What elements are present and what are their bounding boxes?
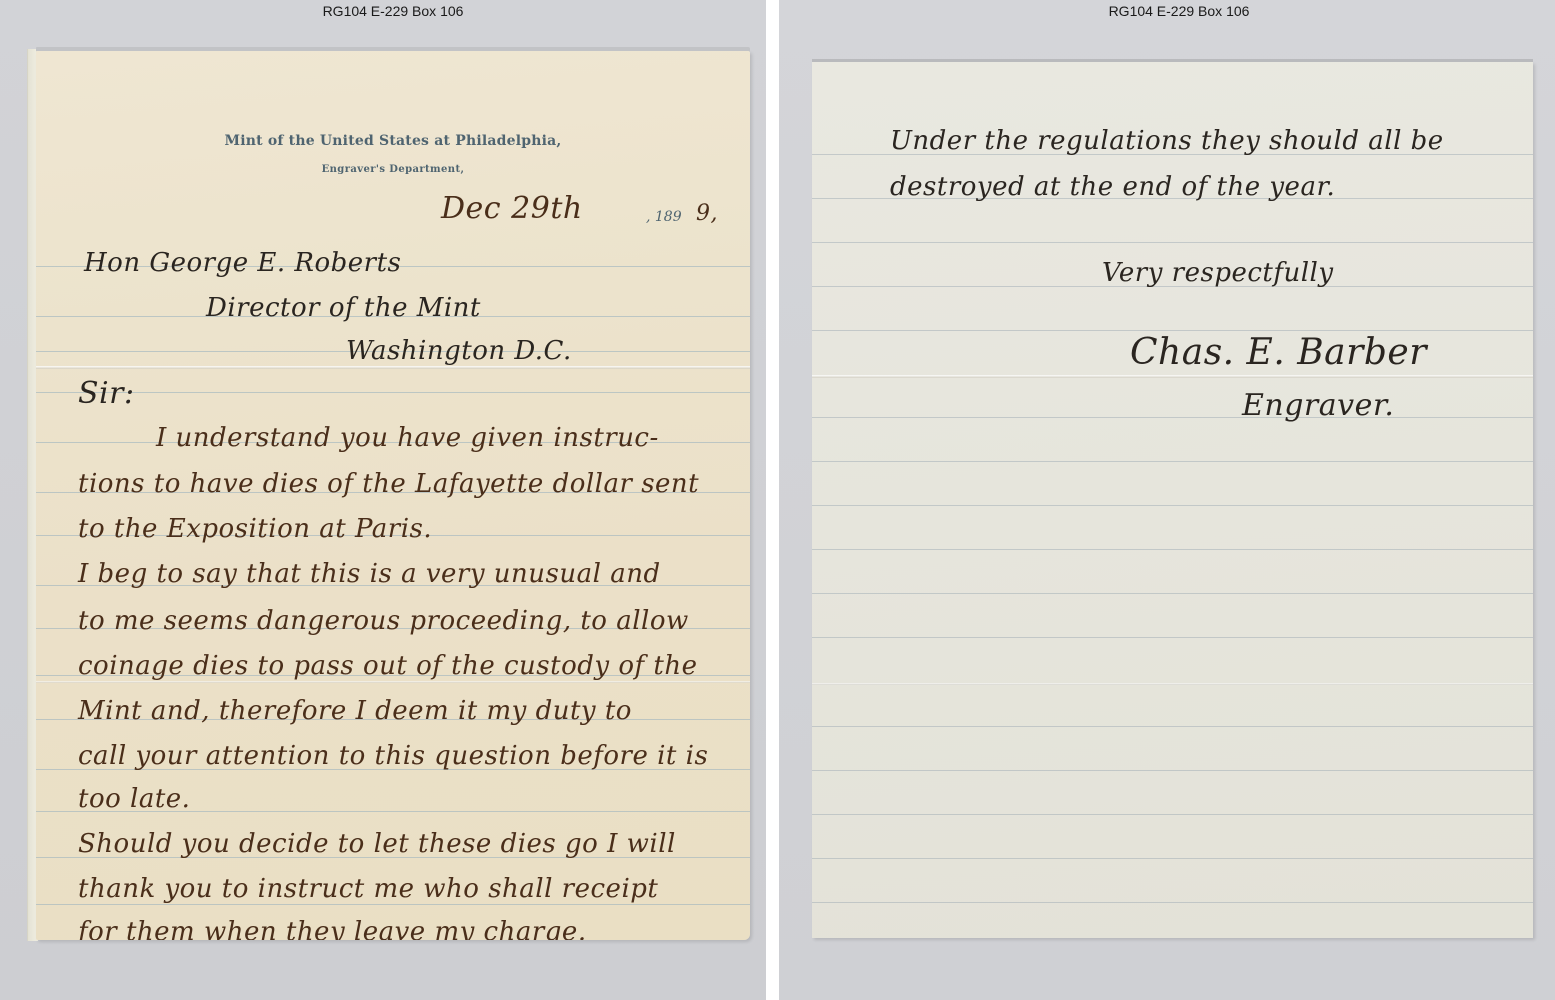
fold-crease — [812, 683, 1533, 685]
date-year-digit: 9, — [696, 201, 718, 226]
right-scan-panel: RG104 E-229 Box 106 Under the regulation… — [779, 0, 1555, 1000]
date-handwritten: Dec 29th — [441, 191, 583, 226]
ruled-line — [36, 392, 750, 393]
letterhead-department: Engraver's Department, — [36, 164, 750, 175]
ruled-line — [812, 902, 1533, 903]
left-scan-panel: RG104 E-229 Box 106 Mint of the United S… — [0, 0, 766, 1000]
body-line-1: I understand you have given instruc- — [156, 423, 659, 453]
closing: Very respectfully — [1102, 258, 1334, 288]
address-line-3: Washington D.C. — [346, 336, 572, 366]
ruled-line — [812, 330, 1533, 331]
ruled-line — [36, 904, 750, 905]
body-line-2: tions to have dies of the Lafayette doll… — [78, 469, 699, 499]
right-caption: RG104 E-229 Box 106 — [779, 3, 1555, 19]
ruled-line — [812, 637, 1533, 638]
ruled-line — [812, 726, 1533, 727]
body-line-5: to me seems dangerous proceeding, to all… — [78, 606, 689, 636]
body-line-7: Mint and, therefore I deem it my duty to — [78, 696, 632, 726]
body-line-12: for them when they leave my charge. — [78, 917, 587, 940]
ruled-line — [812, 461, 1533, 462]
ruled-line — [812, 593, 1533, 594]
signature: Chas. E. Barber — [1130, 332, 1427, 373]
letter-page-1: Mint of the United States at Philadelphi… — [36, 51, 750, 940]
fold-crease — [36, 366, 750, 369]
ruled-line — [812, 417, 1533, 418]
left-caption: RG104 E-229 Box 106 — [0, 3, 786, 19]
signer-title: Engraver. — [1242, 388, 1394, 423]
letter-page-2: Under the regulations they should all be… — [812, 62, 1533, 938]
body-line-2: destroyed at the end of the year. — [890, 172, 1335, 202]
body-line-9: too late. — [78, 784, 190, 814]
body-line-8: call your attention to this question bef… — [78, 741, 708, 771]
body-line-3: to the Exposition at Paris. — [78, 514, 432, 544]
body-line-11: thank you to instruct me who shall recei… — [78, 874, 658, 904]
letterhead-title: Mint of the United States at Philadelphi… — [36, 133, 750, 149]
address-line-1: Hon George E. Roberts — [84, 248, 401, 278]
body-line-1: Under the regulations they should all be — [890, 126, 1444, 156]
address-line-2: Director of the Mint — [206, 293, 481, 323]
date-printed-year: , 189 — [646, 209, 682, 225]
salutation: Sir: — [78, 376, 135, 411]
ruled-line — [812, 549, 1533, 550]
ruled-line — [812, 770, 1533, 771]
body-line-10: Should you decide to let these dies go I… — [78, 829, 676, 859]
ruled-line — [812, 505, 1533, 506]
ruled-line — [812, 858, 1533, 859]
body-line-4: I beg to say that this is a very unusual… — [78, 559, 661, 589]
ruled-line — [812, 814, 1533, 815]
fold-crease — [36, 681, 750, 683]
fold-crease — [812, 375, 1533, 378]
body-line-6: coinage dies to pass out of the custody … — [78, 651, 697, 681]
ruled-line — [812, 242, 1533, 243]
